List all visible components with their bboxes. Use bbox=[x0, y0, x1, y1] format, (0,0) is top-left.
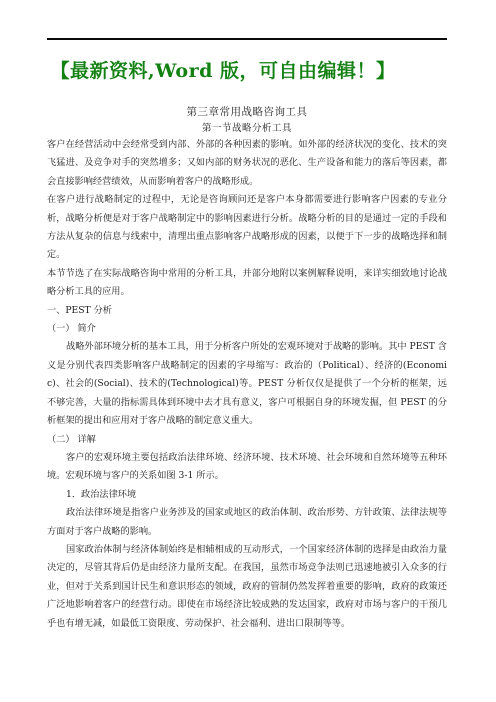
paragraph-pest-definition: 战略外部环境分析的基本工具，用于分析客户所处的宏观环境对于战略的影响。其中 PE… bbox=[47, 338, 447, 430]
document-page: 【最新资料,Word 版，可自由编辑！】 第三章常用战略咨询工具 第一节战略分析… bbox=[0, 0, 496, 702]
editable-notice-banner: 【最新资料,Word 版，可自由编辑！】 bbox=[0, 56, 446, 86]
heading-pest-detail: （二） 详解 bbox=[47, 431, 447, 449]
header-divider-rule bbox=[47, 38, 447, 40]
heading-political-legal-environment: 1．政治法律环境 bbox=[47, 486, 447, 504]
chapter-heading: 第三章常用战略咨询工具 bbox=[47, 104, 447, 121]
paragraph-section-overview: 本节节选了在实际战略咨询中常用的分析工具，并部分地附以案例解释说明，来详实细致地… bbox=[47, 265, 447, 302]
paragraph-strategy-analysis-purpose: 在客户进行战略制定的过程中，无论是咨询顾问还是客户本身都需要进行影响客户因素的专… bbox=[47, 191, 447, 265]
paragraph-political-legal-definition: 政治法律环境是指客户业务涉及的国家或地区的政治体制、政治形势、方针政策、法律法规… bbox=[47, 504, 447, 541]
document-content: 第三章常用战略咨询工具 第一节战略分析工具 客户在经营活动中会经常受到内部、外部… bbox=[47, 104, 447, 633]
heading-pest-analysis: 一、PEST 分析 bbox=[47, 302, 447, 320]
paragraph-political-economic-system: 国家政治体制与经济体制始终是相辅相成的互动形式，一个国家经济体制的选择是由政治力… bbox=[47, 541, 447, 633]
section-heading: 第一节战略分析工具 bbox=[47, 121, 447, 136]
heading-pest-intro: （一） 简介 bbox=[47, 320, 447, 338]
paragraph-macro-environment: 客户的宏观环境主要包括政治法律环境、经济环境、技术环境、社会环境和自然环境等五种… bbox=[47, 449, 447, 486]
paragraph-client-factors: 客户在经营活动中会经常受到内部、外部的各种因素的影响。如外部的经济状况的变化、技… bbox=[47, 136, 447, 191]
